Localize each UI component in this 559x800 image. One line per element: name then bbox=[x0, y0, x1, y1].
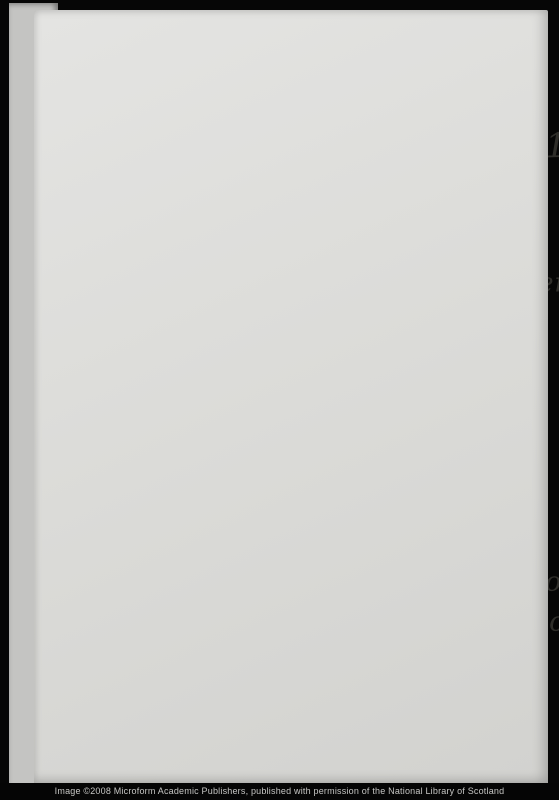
letter-page bbox=[34, 10, 548, 783]
copyright-notice: Image ©2008 Microform Academic Publisher… bbox=[0, 783, 559, 800]
microfilm-footer-bar: Image ©2008 Microform Academic Publisher… bbox=[0, 783, 559, 800]
scanned-letter-frame: MS 8808 1 LEGACIÓN DE CHILE. 22, GROSVEN… bbox=[0, 0, 559, 800]
